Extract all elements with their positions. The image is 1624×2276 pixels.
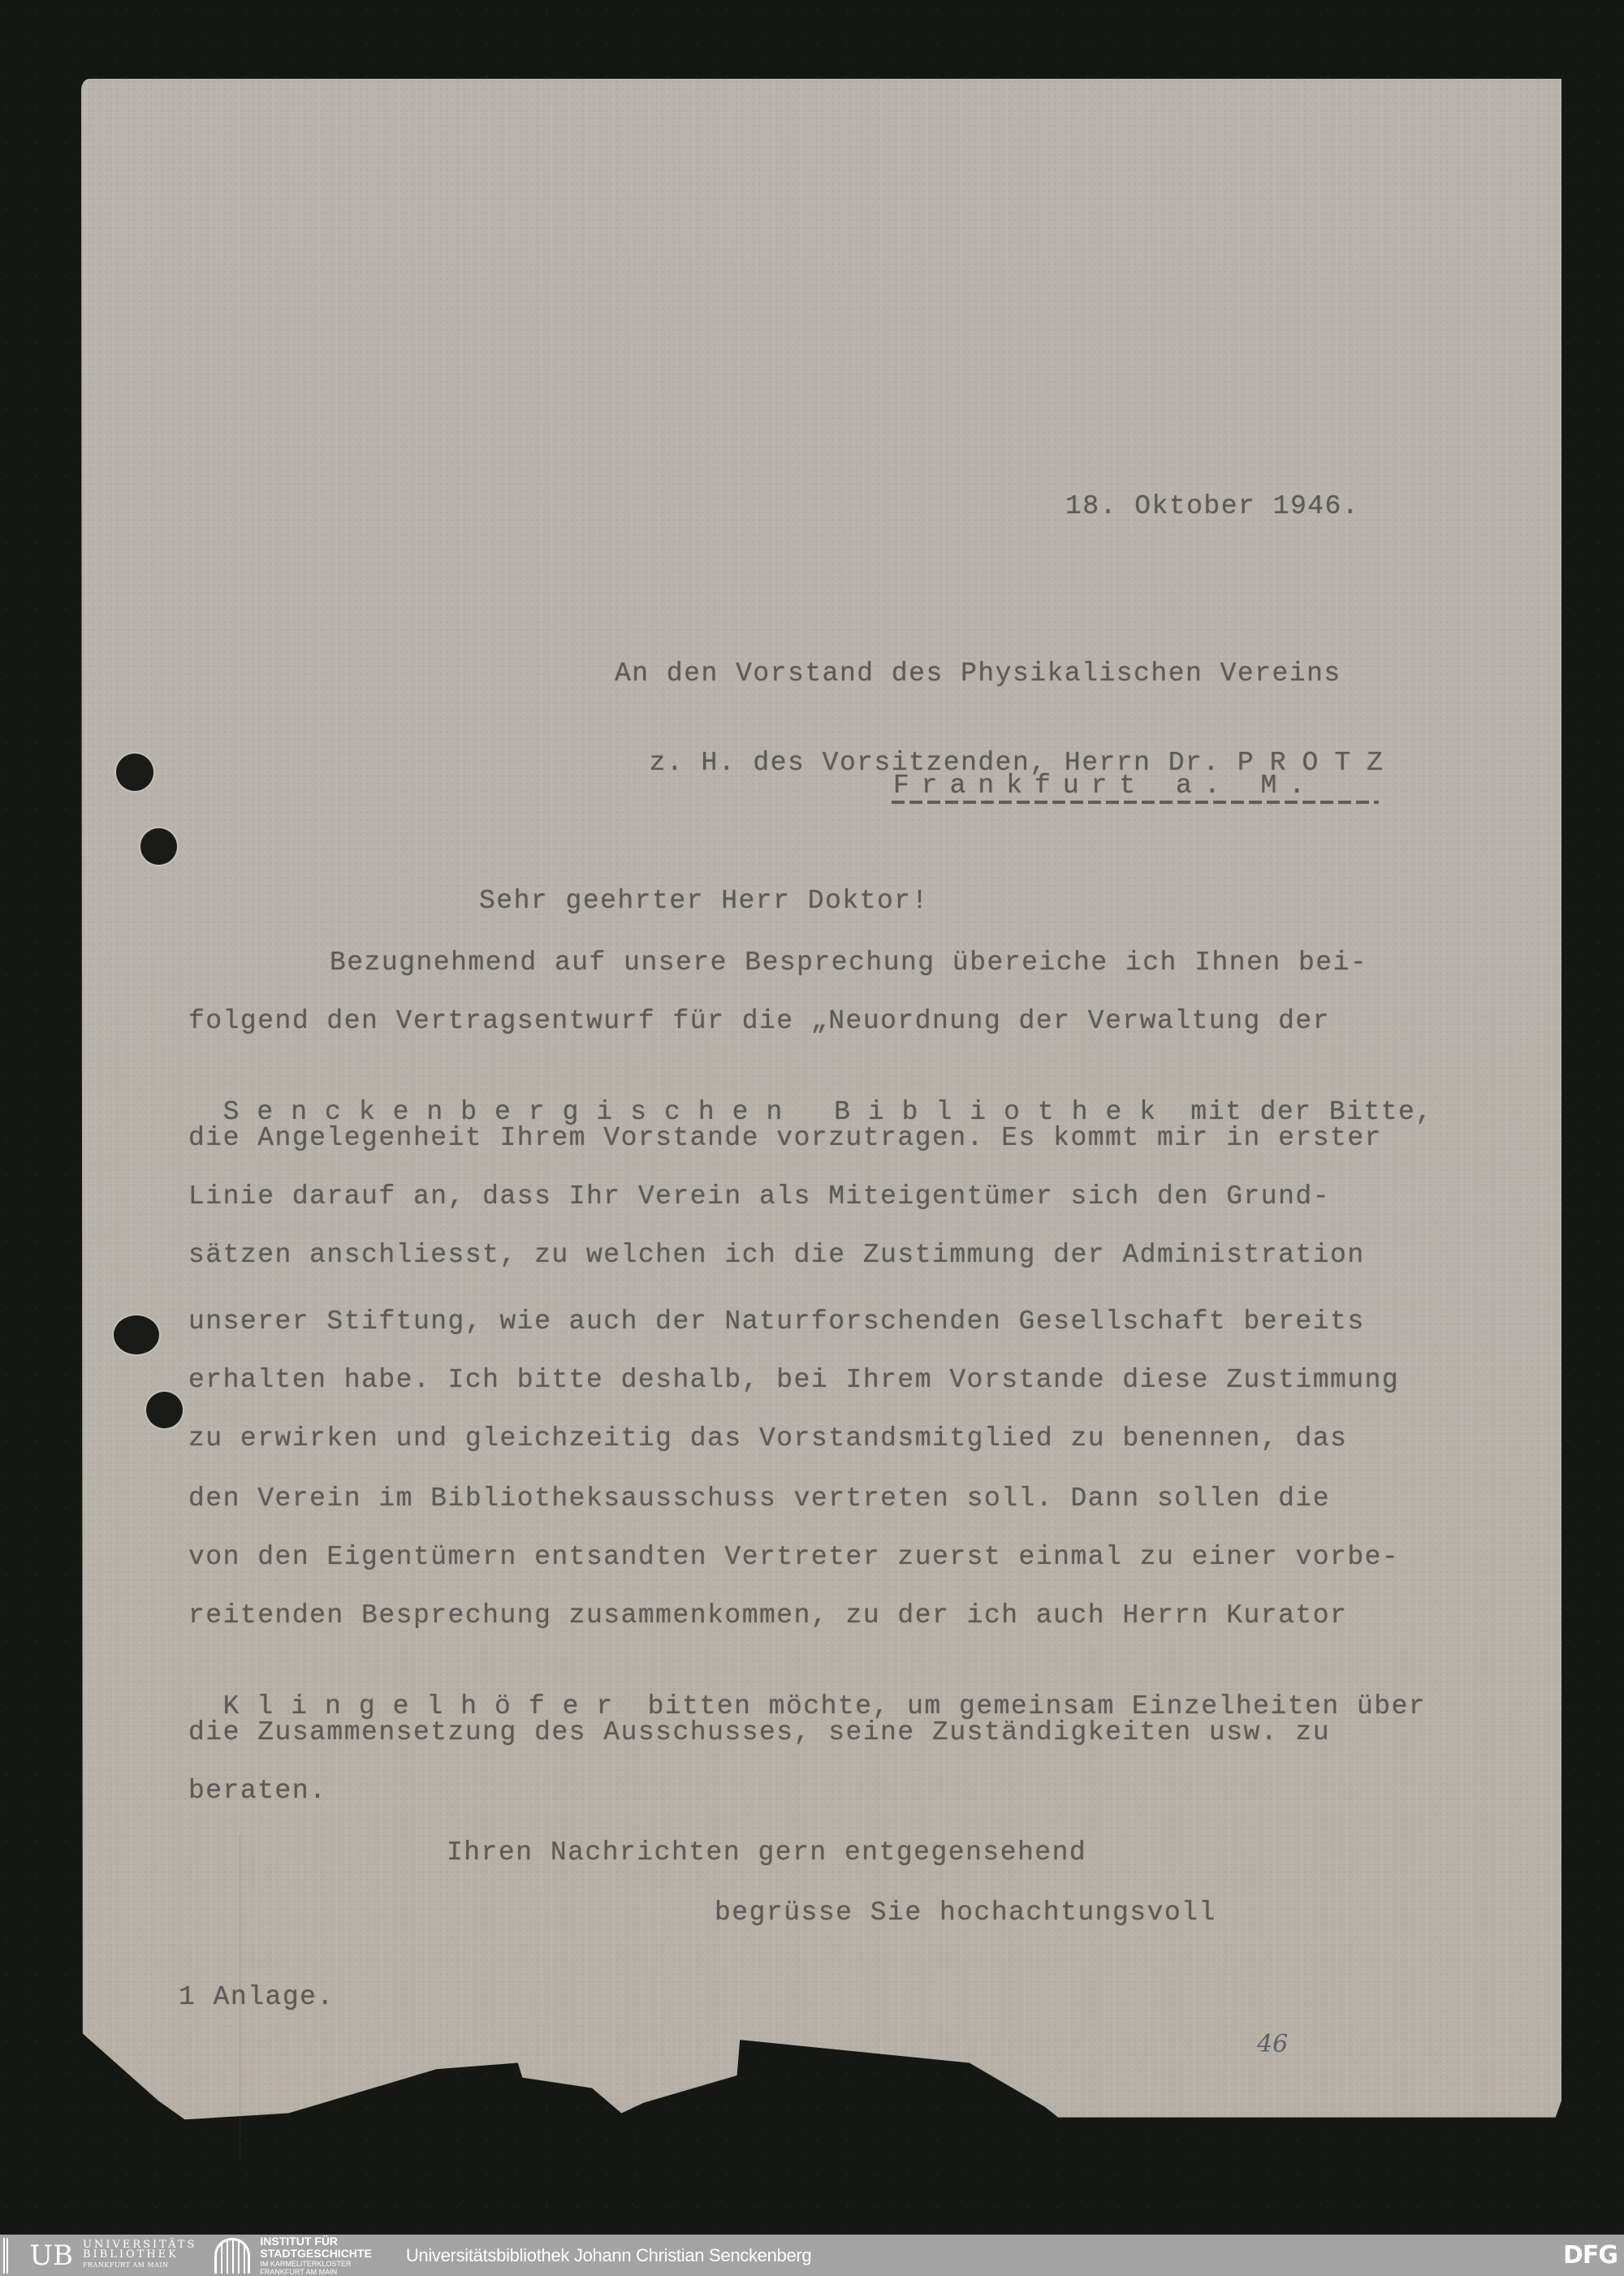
punch-hole-4 [146, 1392, 183, 1428]
punch-hole-2 [140, 828, 177, 865]
body-line-9: zu erwirken und gleichzeitig das Vorstan… [188, 1423, 1347, 1455]
body-line-6: sätzen anschliesst, zu welchen ich die Z… [188, 1239, 1365, 1272]
body-line-2: folgend den Vertragsentwurf für die „Neu… [188, 1005, 1330, 1038]
closing-line-1: Ihren Nachrichten gern entgegensehend [447, 1837, 1086, 1869]
letter-date: 18. Oktober 1946. [1065, 490, 1359, 523]
body-line-8: erhalten habe. Ich bitte deshalb, bei Ih… [188, 1364, 1399, 1397]
isg-logo-line-3: IM KARMELITERKLOSTER [260, 2260, 371, 2268]
body-line-4: die Angelegenheit Ihrem Vorstande vorzut… [188, 1122, 1382, 1155]
ub-logo-line-2: BIBLIOTHEK [83, 2250, 197, 2260]
footer-title: Universitätsbibliothek Johann Christian … [406, 2245, 812, 2266]
isg-arch-icon [214, 2238, 250, 2274]
body-line-10: den Verein im Bibliotheksausschuss vertr… [188, 1483, 1330, 1515]
dfg-logo[interactable]: DFG [1563, 2241, 1618, 2270]
handwritten-page-number: 46 [1257, 2030, 1288, 2058]
footer-bar: UB UNIVERSITÄTS BIBLIOTHEK FRANKFURT AM … [0, 2235, 1624, 2276]
ub-logo-line-3: FRANKFURT AM MAIN [83, 2261, 197, 2270]
ub-logo[interactable]: UB UNIVERSITÄTS BIBLIOTHEK FRANKFURT AM … [3, 2238, 197, 2274]
body-line-7: unserer Stiftung, wie auch der Naturfors… [188, 1306, 1365, 1338]
body-line-14: die Zusammensetzung des Ausschusses, sei… [188, 1717, 1330, 1749]
salutation: Sehr geehrter Herr Doktor! [479, 885, 929, 918]
body-line-13: Klingelhöfer bitten möchte, um gemeinsam… [188, 1658, 1426, 1723]
body-line-5: Linie darauf an, dass Ihr Verein als Mit… [188, 1181, 1330, 1213]
ub-logo-text: UNIVERSITÄTS BIBLIOTHEK FRANKFURT AM MAI… [83, 2240, 197, 2270]
body-line-15: beraten. [188, 1775, 326, 1807]
isg-logo-text: INSTITUT FÜR STADTGESCHICHTE IM KARMELIT… [260, 2235, 371, 2276]
punch-hole-3 [114, 1315, 159, 1354]
ub-logo-mark: UB [3, 2238, 75, 2274]
closing-line-2: begrüsse Sie hochachtungsvoll [715, 1897, 1216, 1929]
recipient-line-1: An den Vorstand des Physikalischen Verei… [615, 658, 1341, 690]
body-line-12: reitenden Besprechung zusammenkommen, zu… [188, 1600, 1347, 1632]
city-underline [892, 801, 1379, 804]
recipient-city: Frankfurt a. M. [893, 770, 1317, 802]
isg-logo-line-1: INSTITUT FÜR [260, 2235, 371, 2248]
isg-logo-line-4: FRANKFURT AM MAIN [260, 2268, 371, 2276]
enclosure-note: 1 Anlage. [179, 1981, 335, 2014]
body-line-11: von den Eigentümern entsandten Vertreter… [188, 1541, 1399, 1574]
isg-logo[interactable]: INSTITUT FÜR STADTGESCHICHTE IM KARMELIT… [214, 2235, 371, 2276]
body-line-1: Bezugnehmend auf unsere Besprechung über… [330, 947, 1367, 979]
body-line-3: Senckenbergischen Bibliothek mit der Bit… [188, 1064, 1433, 1129]
punch-hole-1 [116, 754, 153, 791]
isg-logo-line-2: STADTGESCHICHTE [260, 2248, 371, 2260]
